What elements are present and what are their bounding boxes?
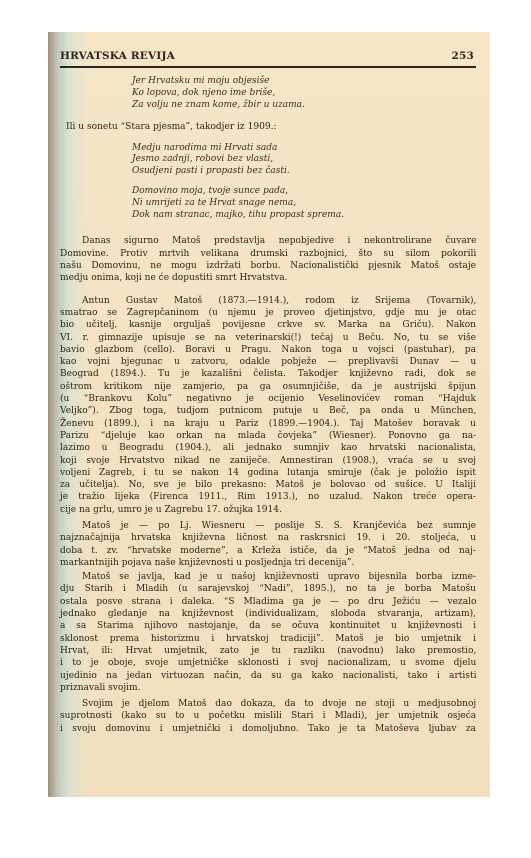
verse-line: Ni umrijeti za te Hrvat snage nema,	[132, 198, 476, 210]
paragraph-biography: Antun Gustav Matoš (1873.—1914.), rodom …	[60, 295, 476, 516]
verse-line: Jesmo zadnji, robovi bez vlasti,	[132, 154, 476, 166]
paragraph-stari-mladi: Matoš se javlja, kad je u našoj književn…	[60, 571, 476, 694]
verse-line: Za volju ne znam kome, žbir u uzama.	[132, 100, 476, 112]
intro-sentence: Ili u sonetu “Stara pjesma”, takodjer iz…	[60, 121, 476, 133]
verse-line: Osudjeni pasti i propasti bez časti.	[132, 166, 476, 178]
verse-line: Domovino moja, tvoje sunce pada,	[132, 186, 476, 198]
page-number: 253	[451, 50, 474, 62]
verse-line: Jer Hrvatsku mi moju objesiše	[132, 76, 476, 88]
paragraph-svojim: Svojim je djelom Matoš dao dokaza, da to…	[60, 698, 476, 735]
verse-line: Medju narodima mi Hrvati sada	[132, 143, 476, 155]
paragraph-wiesner: Matoš je — po Lj. Wiesneru — poslije S. …	[60, 520, 476, 569]
paragraph-danas: Danas sigurno Matoš predstavlja nepobjed…	[60, 235, 476, 284]
verse-quote-1: Jer Hrvatsku mi moju objesiše Ko lopova,…	[132, 76, 476, 111]
stanza: Domovino moja, tvoje sunce pada, Ni umri…	[132, 186, 476, 221]
verse-quote-sonnet: Medju narodima mi Hrvati sada Jesmo zadn…	[132, 143, 476, 222]
journal-title: HRVATSKA REVIJA	[60, 50, 175, 62]
verse-line: Ko lopova, dok njeno ime briše,	[132, 88, 476, 100]
verse-line: Dok nam stranac, majko, tihu propast spr…	[132, 210, 476, 222]
stanza: Medju narodima mi Hrvati sada Jesmo zadn…	[132, 143, 476, 178]
scanned-page: HRVATSKA REVIJA 253 Jer Hrvatsku mi moju…	[48, 32, 490, 797]
running-head: HRVATSKA REVIJA 253	[60, 44, 476, 68]
